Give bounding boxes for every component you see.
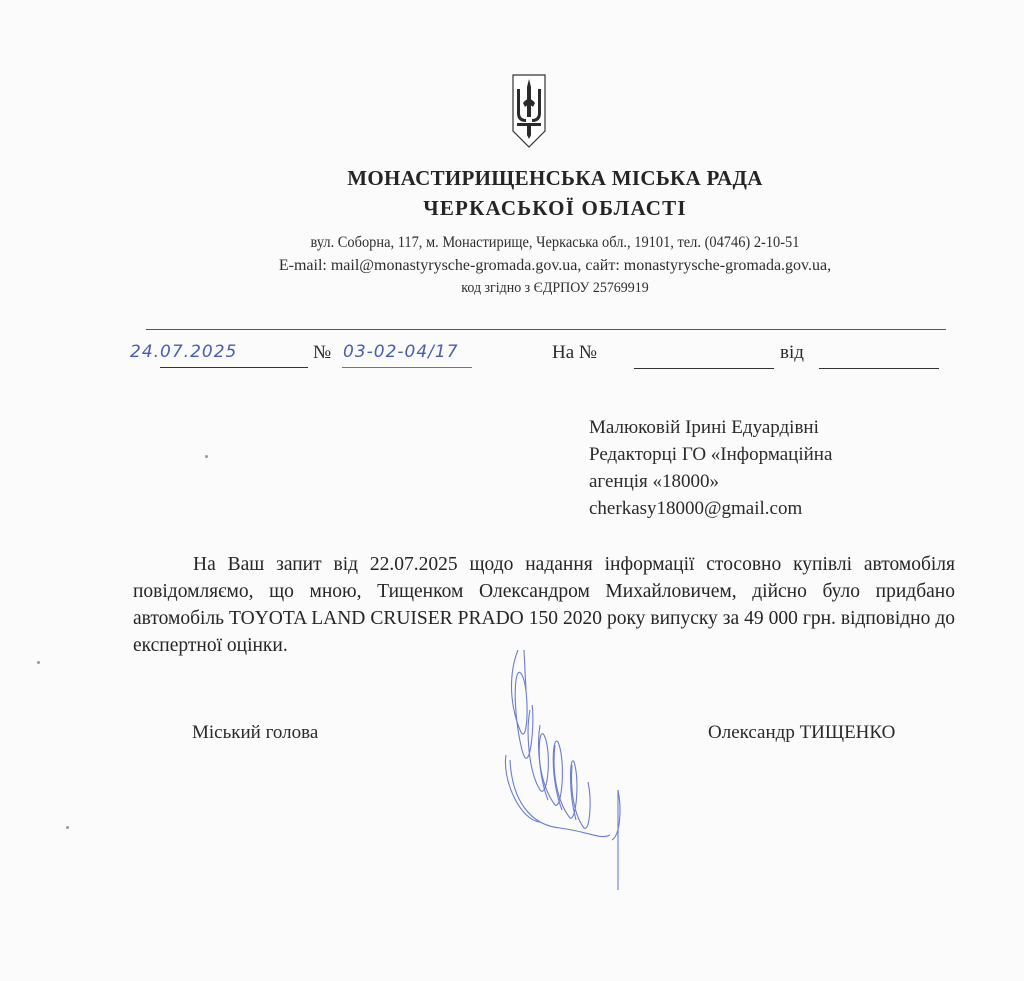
recipient-position: Редакторці ГО «Інформаційна	[589, 441, 832, 468]
handwritten-signature-icon	[500, 650, 640, 890]
organization-region: ЧЕРКАСЬКОЇ ОБЛАСТІ	[0, 196, 1024, 221]
letter-page: МОНАСТИРИЩЕНСЬКА МІСЬКА РАДА ЧЕРКАСЬКОЇ …	[0, 0, 1024, 981]
scan-speck	[37, 661, 40, 664]
outgoing-number: 03-02-04/17	[343, 342, 459, 362]
date-underline	[160, 367, 308, 368]
signatory-name: Олександр ТИЩЕНКО	[708, 722, 895, 744]
number-sign: №	[313, 342, 331, 364]
recipient-block: Малюковій Ірині Едуардівні Редакторці ГО…	[589, 414, 832, 522]
recipient-name: Малюковій Ірині Едуардівні	[589, 414, 832, 441]
header-divider	[146, 329, 946, 330]
organization-name: МОНАСТИРИЩЕНСЬКА МІСЬКА РАДА	[0, 166, 1024, 191]
recipient-organization: агенція «18000»	[589, 468, 832, 495]
scan-speck	[205, 455, 208, 458]
scan-speck	[66, 826, 69, 829]
recipient-email: cherkasy18000@gmail.com	[589, 495, 832, 522]
from-label: від	[780, 342, 804, 364]
body-paragraph: На Ваш запит від 22.07.2025 щодо надання…	[133, 551, 955, 659]
signatory-title: Міський голова	[192, 722, 318, 744]
reply-number-blank	[634, 368, 774, 369]
contact-line: E-mail: mail@monastyrysche-gromada.gov.u…	[0, 257, 1024, 275]
reply-date-blank	[819, 368, 939, 369]
outgoing-date: 24.07.2025	[130, 342, 237, 362]
number-underline	[342, 367, 472, 368]
reply-to-label: На №	[552, 342, 597, 364]
edrpou-code: код згідно з ЄДРПОУ 25769919	[39, 280, 1024, 297]
ukraine-trident-emblem-icon	[512, 73, 546, 149]
address-line: вул. Соборна, 117, м. Монастирище, Черка…	[39, 234, 1024, 252]
letter-body: На Ваш запит від 22.07.2025 щодо надання…	[133, 551, 955, 659]
